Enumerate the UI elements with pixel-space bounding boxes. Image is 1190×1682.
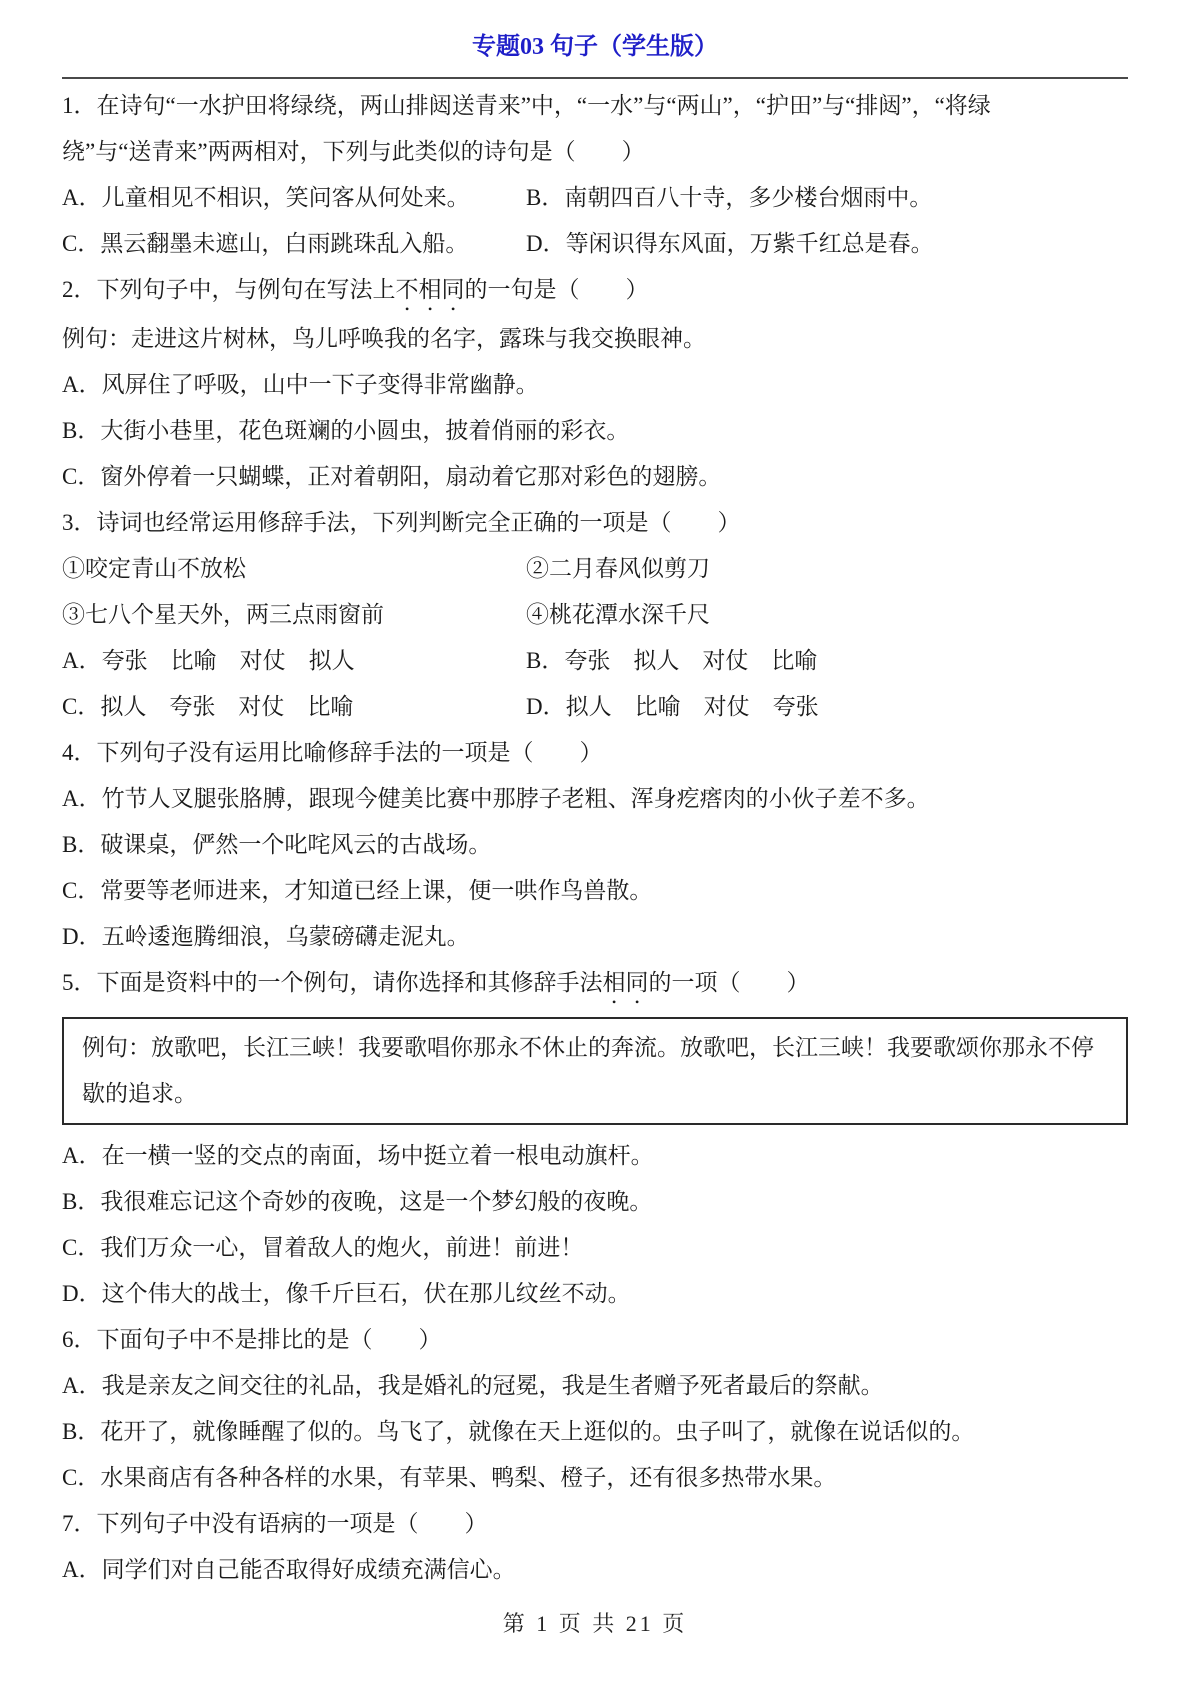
question-3-stem: 3．诗词也经常运用修辞手法，下列判断完全正确的一项是（ ） bbox=[62, 500, 1128, 546]
question-4-option-b: B．破课桌，俨然一个叱咤风云的古战场。 bbox=[62, 822, 1128, 868]
question-5-stem: 5．下面是资料中的一个例句，请你选择和其修辞手法相同的一项（ ） bbox=[62, 960, 1128, 1009]
question-1-option-b: B．南朝四百八十寺，多少楼台烟雨中。 bbox=[526, 185, 932, 210]
question-1-stem: 1．在诗句“一水护田将绿绕，两山排闼送青来”中，“一水”与“两山”，“护田”与“… bbox=[62, 83, 1078, 175]
question-6-option-a: A．我是亲友之间交往的礼品，我是婚礼的冠冕，我是生者赠予死者最后的祭献。 bbox=[62, 1363, 1128, 1409]
question-3-options-row-cd: C．拟人 夸张 对仗 比喻D．拟人 比喻 对仗 夸张 bbox=[62, 684, 1128, 730]
question-5-option-c: C．我们万众一心，冒着敌人的炮火，前进！前进！ bbox=[62, 1225, 1128, 1271]
page-title: 专题03 句子（学生版） bbox=[62, 0, 1128, 61]
question-5-option-b: B．我很难忘记这个奇妙的夜晚，这是一个梦幻般的夜晚。 bbox=[62, 1179, 1128, 1225]
question-2-option-b: B．大街小巷里，花色斑斓的小圆虫，披着俏丽的彩衣。 bbox=[62, 408, 1128, 454]
document-page: 专题03 句子（学生版） 1．在诗句“一水护田将绿绕，两山排闼送青来”中，“一水… bbox=[0, 0, 1190, 1593]
question-5-example-text: 例句：放歌吧，长江三峡！我要歌唱你那永不休止的奔流。放歌吧，长江三峡！我要歌颂你… bbox=[82, 1025, 1108, 1117]
question-1-option-c: C．黑云翻墨未遮山，白雨跳珠乱入船。 bbox=[62, 221, 526, 267]
question-2-stem: 2．下列句子中，与例句在写法上不相同的一句是（ ） bbox=[62, 267, 1128, 316]
question-3-item-3: ③七八个星天外，两三点雨窗前 bbox=[62, 592, 526, 638]
question-6-option-c: C．水果商店有各种各样的水果，有苹果、鸭梨、橙子，还有很多热带水果。 bbox=[62, 1455, 1128, 1501]
question-7-option-a: A．同学们对自己能否取得好成绩充满信心。 bbox=[62, 1547, 1128, 1593]
question-4-option-c: C．常要等老师进来，才知道已经上课，便一哄作鸟兽散。 bbox=[62, 868, 1128, 914]
question-2-example: 例句：走进这片树林，鸟儿呼唤我的名字，露珠与我交换眼神。 bbox=[62, 316, 1128, 362]
question-5-option-d: D．这个伟大的战士，像千斤巨石，伏在那儿纹丝不动。 bbox=[62, 1271, 1128, 1317]
question-2-stem-pre: 2．下列句子中，与例句在写法上 bbox=[62, 277, 396, 302]
question-3-options-row-ab: A．夸张 比喻 对仗 拟人B．夸张 拟人 对仗 比喻 bbox=[62, 638, 1128, 684]
question-3-items-row-12: ①咬定青山不放松②二月春风似剪刀 bbox=[62, 546, 1128, 592]
title-divider bbox=[62, 77, 1128, 79]
question-3-items-row-34: ③七八个星天外，两三点雨窗前④桃花潭水深千尺 bbox=[62, 592, 1128, 638]
question-4-option-d: D．五岭逶迤腾细浪，乌蒙磅礴走泥丸。 bbox=[62, 914, 1128, 960]
question-2-stem-emphasized: 不相同 bbox=[396, 277, 465, 302]
question-1-options-row-cd: C．黑云翻墨未遮山，白雨跳珠乱入船。D．等闲识得东风面，万紫千红总是春。 bbox=[62, 221, 1128, 267]
question-5-example-box: 例句：放歌吧，长江三峡！我要歌唱你那永不休止的奔流。放歌吧，长江三峡！我要歌颂你… bbox=[62, 1017, 1128, 1125]
question-2-stem-post: 的一句是（ ） bbox=[465, 277, 649, 302]
question-1-option-a: A．儿童相见不相识，笑问客从何处来。 bbox=[62, 175, 526, 221]
question-4-option-a: A．竹节人叉腿张胳膊，跟现今健美比赛中那脖子老粗、浑身疙瘩肉的小伙子差不多。 bbox=[62, 776, 1128, 822]
question-3-option-d: D．拟人 比喻 对仗 夸张 bbox=[526, 694, 819, 719]
question-1-options-row-ab: A．儿童相见不相识，笑问客从何处来。B．南朝四百八十寺，多少楼台烟雨中。 bbox=[62, 175, 1128, 221]
question-5-stem-pre: 5．下面是资料中的一个例句，请你选择和其修辞手法 bbox=[62, 970, 603, 995]
question-3-item-4: ④桃花潭水深千尺 bbox=[526, 602, 710, 627]
question-2-option-a: A．风屏住了呼吸，山中一下子变得非常幽静。 bbox=[62, 362, 1128, 408]
question-5-stem-emphasized: 相同 bbox=[603, 970, 649, 995]
question-6-option-b: B．花开了，就像睡醒了似的。鸟飞了，就像在天上逛似的。虫子叫了，就像在说话似的。 bbox=[62, 1409, 1128, 1455]
question-1-option-d: D．等闲识得东风面，万紫千红总是春。 bbox=[526, 231, 934, 256]
page-number-indicator: 第 1 页 共 21 页 bbox=[0, 1607, 1190, 1638]
question-6-stem: 6．下面句子中不是排比的是（ ） bbox=[62, 1317, 1128, 1363]
question-2-option-c: C．窗外停着一只蝴蝶，正对着朝阳，扇动着它那对彩色的翅膀。 bbox=[62, 454, 1128, 500]
question-3-option-c: C．拟人 夸张 对仗 比喻 bbox=[62, 684, 526, 730]
question-4-stem: 4．下列句子没有运用比喻修辞手法的一项是（ ） bbox=[62, 730, 1128, 776]
question-5-stem-post: 的一项（ ） bbox=[649, 970, 810, 995]
question-3-item-1: ①咬定青山不放松 bbox=[62, 546, 526, 592]
question-3-item-2: ②二月春风似剪刀 bbox=[526, 556, 710, 581]
question-5-option-a: A．在一横一竖的交点的南面，场中挺立着一根电动旗杆。 bbox=[62, 1133, 1128, 1179]
question-3-option-b: B．夸张 拟人 对仗 比喻 bbox=[526, 648, 817, 673]
question-3-option-a: A．夸张 比喻 对仗 拟人 bbox=[62, 638, 526, 684]
question-7-stem: 7．下列句子中没有语病的一项是（ ） bbox=[62, 1501, 1128, 1547]
